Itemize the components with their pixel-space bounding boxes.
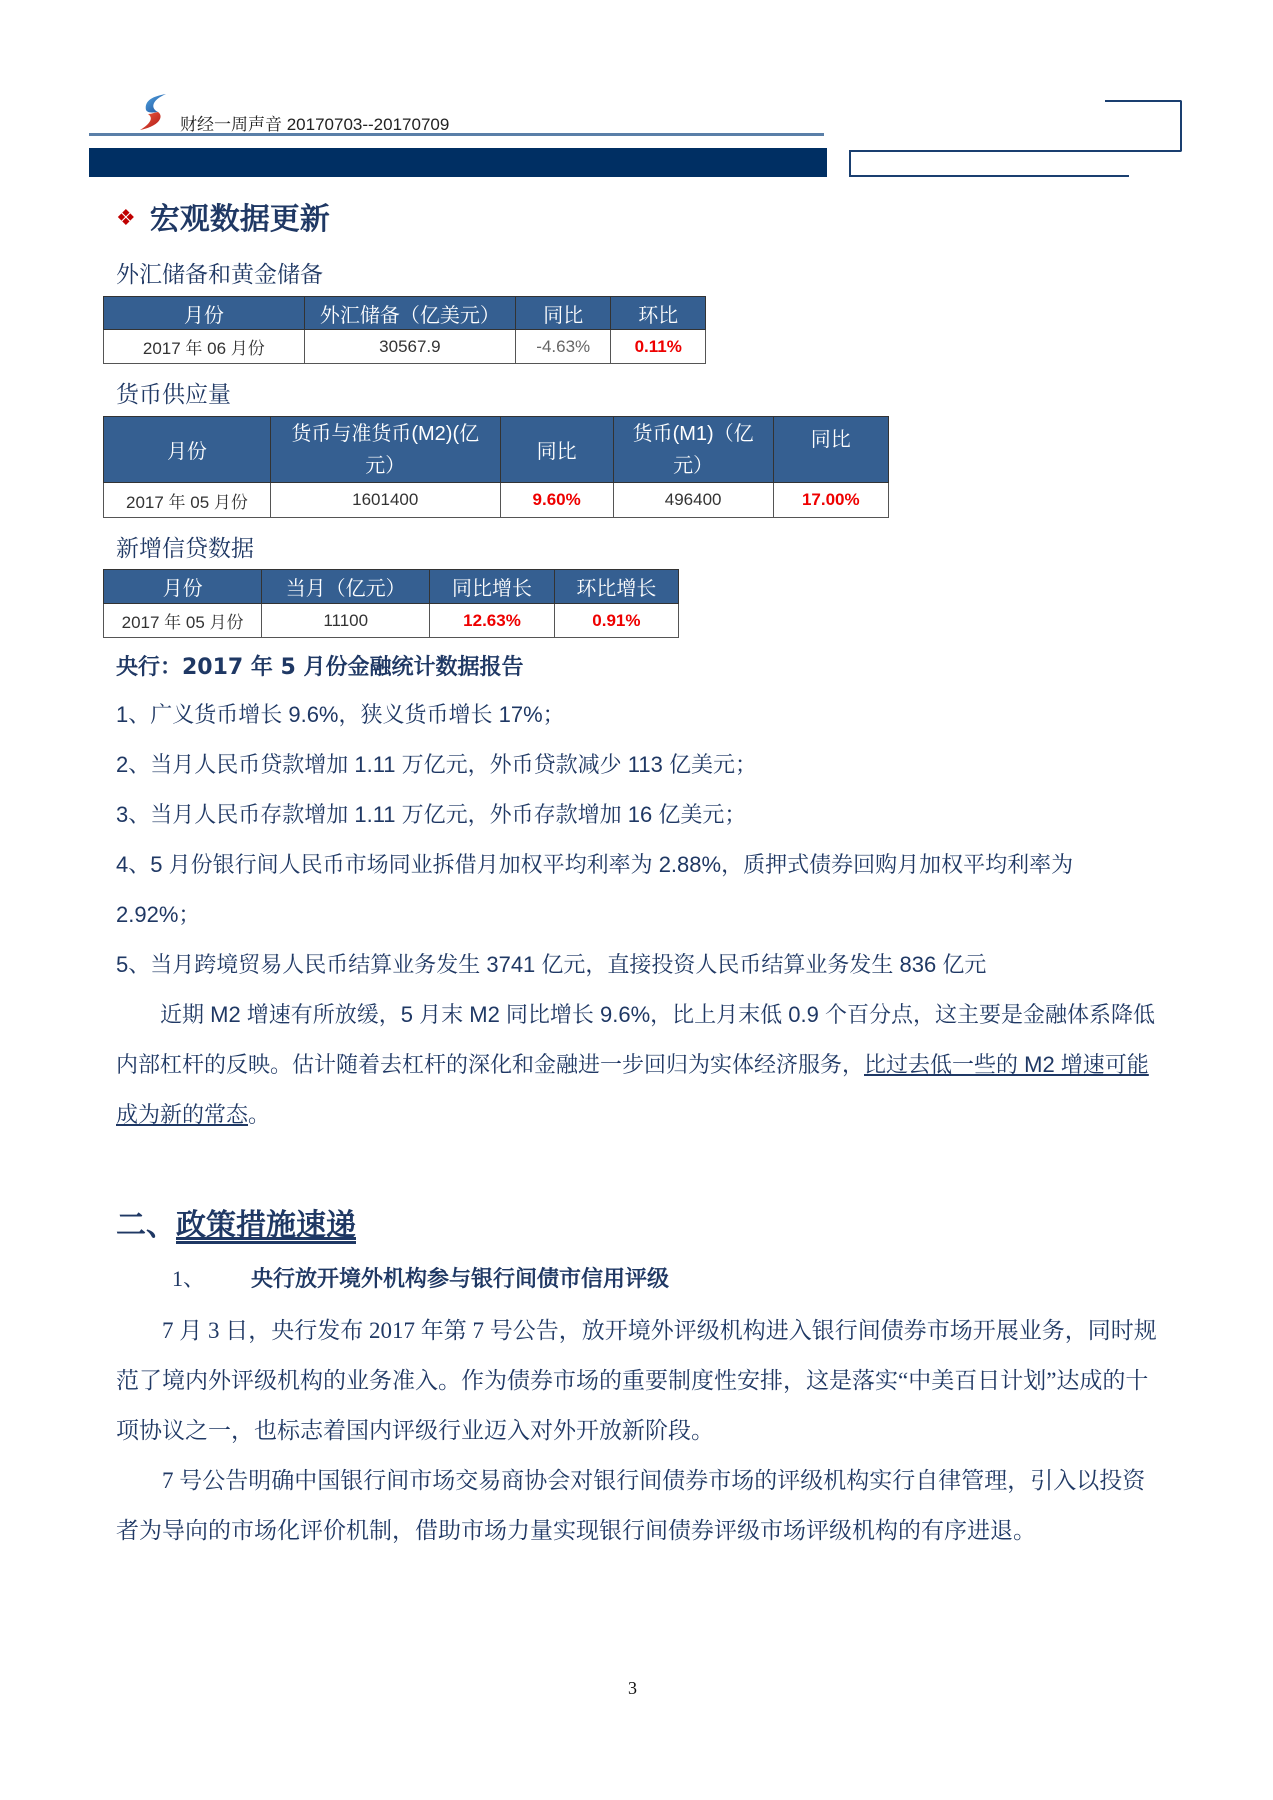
pboc-comment: 近期 M2 增速有所放缓，5 月末 M2 同比增长 9.6%，比上月末低 0.9… — [116, 990, 1161, 1140]
col-header: 环比 — [611, 297, 706, 330]
table-header-row: 月份 当月（亿元） 同比增长 环比增长 — [104, 570, 679, 604]
header-frame-decoration-lower — [849, 150, 1129, 177]
header-title: 财经一周声音 20170703--20170709 — [180, 110, 449, 135]
header-divider — [89, 133, 824, 136]
new-credit-table: 月份 当月（亿元） 同比增长 环比增长 2017 年 05 月份 11100 1… — [103, 569, 679, 638]
cell-month: 2017 年 05 月份 — [104, 483, 271, 518]
section-prefix: 二、 — [116, 1209, 176, 1242]
cell-month: 2017 年 06 月份 — [104, 330, 305, 364]
col-header: 同比 — [500, 417, 613, 483]
col-header: 同比增长 — [430, 570, 555, 604]
money-supply-table: 月份 货币与准货币(M2)(亿元） 同比 货币(M1)（亿元） 同比 2017 … — [103, 416, 889, 518]
section-title: 政策措施速递 — [176, 1209, 356, 1242]
col-header: 货币与准货币(M2)(亿元） — [270, 417, 500, 483]
section-title: 宏观数据更新 — [150, 202, 330, 237]
cell-mom: 0.91% — [554, 604, 678, 638]
col-header: 月份 — [104, 570, 262, 604]
col-header: 同比 — [516, 297, 611, 330]
list-item: 3、当月人民币存款增加 1.11 万亿元，外币存款增加 16 亿美元； — [116, 790, 1161, 840]
list-item: 2、当月人民币贷款增加 1.11 万亿元，外币贷款减少 113 亿美元； — [116, 740, 1161, 790]
col-header: 环比增长 — [554, 570, 678, 604]
cell-mom: 0.11% — [611, 330, 706, 364]
cell-month: 2017 年 05 月份 — [104, 604, 262, 638]
header-bar — [89, 148, 827, 177]
cell-amount: 11100 — [262, 604, 430, 638]
table-row: 2017 年 05 月份 1601400 9.60% 496400 17.00% — [104, 483, 889, 518]
item-title: 央行放开境外机构参与银行间债市信用评级 — [251, 1266, 669, 1291]
cell-yoy: 12.63% — [430, 604, 555, 638]
table-header-row: 月份 外汇储备（亿美元） 同比 环比 — [104, 297, 706, 330]
policy-paragraph: 7 号公告明确中国银行间市场交易商协会对银行间债券市场的评级机构实行自律管理，引… — [116, 1456, 1161, 1556]
cell-m2: 1601400 — [270, 483, 500, 518]
page-number: 3 — [628, 1678, 637, 1699]
cell-m2-yoy: 9.60% — [500, 483, 613, 518]
item-number: 1、 — [172, 1266, 205, 1291]
col-header: 同比 — [773, 417, 888, 483]
list-item: 5、当月跨境贸易人民币结算业务发生 3741 亿元，直接投资人民币结算业务发生 … — [116, 940, 1161, 990]
cell-m1-yoy: 17.00% — [773, 483, 888, 518]
table-row: 2017 年 06 月份 30567.9 -4.63% 0.11% — [104, 330, 706, 364]
pboc-report-title: 央行：2017 年 5 月份金融统计数据报告 — [116, 650, 524, 681]
list-item: 4、5 月份银行间人民币市场同业拆借月加权平均利率为 2.88%，质押式债券回购… — [116, 840, 1161, 940]
policy-paragraph: 7 月 3 日，央行发布 2017 年第 7 号公告，放开境外评级机构进入银行间… — [116, 1306, 1161, 1456]
pboc-report-list: 1、广义货币增长 9.6%，狭义货币增长 17%； 2、当月人民币贷款增加 1.… — [116, 690, 1161, 1140]
fx-reserves-title: 外汇储备和黄金储备 — [116, 256, 323, 289]
new-credit-title: 新增信贷数据 — [116, 530, 254, 563]
logo-icon — [136, 92, 170, 132]
money-supply-title: 货币供应量 — [116, 376, 231, 409]
diamond-bullet-icon: ❖ — [116, 206, 136, 231]
list-item: 1、广义货币增长 9.6%，狭义货币增长 17%； — [116, 690, 1161, 740]
table-header-row: 月份 货币与准货币(M2)(亿元） 同比 货币(M1)（亿元） 同比 — [104, 417, 889, 483]
col-header: 货币(M1)（亿元） — [613, 417, 773, 483]
cell-m1: 496400 — [613, 483, 773, 518]
cell-yoy: -4.63% — [516, 330, 611, 364]
policy-item-heading: 1、央行放开境外机构参与银行间债市信用评级 — [172, 1262, 669, 1293]
header-frame-decoration — [1105, 100, 1182, 152]
section-heading-policy: 二、政策措施速递 — [116, 1200, 356, 1244]
fx-reserves-table: 月份 外汇储备（亿美元） 同比 环比 2017 年 06 月份 30567.9 … — [103, 296, 706, 364]
col-header: 当月（亿元） — [262, 570, 430, 604]
cell-reserves: 30567.9 — [304, 330, 515, 364]
col-header: 外汇储备（亿美元） — [304, 297, 515, 330]
col-header: 月份 — [104, 297, 305, 330]
table-row: 2017 年 05 月份 11100 12.63% 0.91% — [104, 604, 679, 638]
comment-end: 。 — [248, 1102, 270, 1127]
section-heading-macro: ❖宏观数据更新 — [116, 194, 330, 238]
col-header: 月份 — [104, 417, 271, 483]
